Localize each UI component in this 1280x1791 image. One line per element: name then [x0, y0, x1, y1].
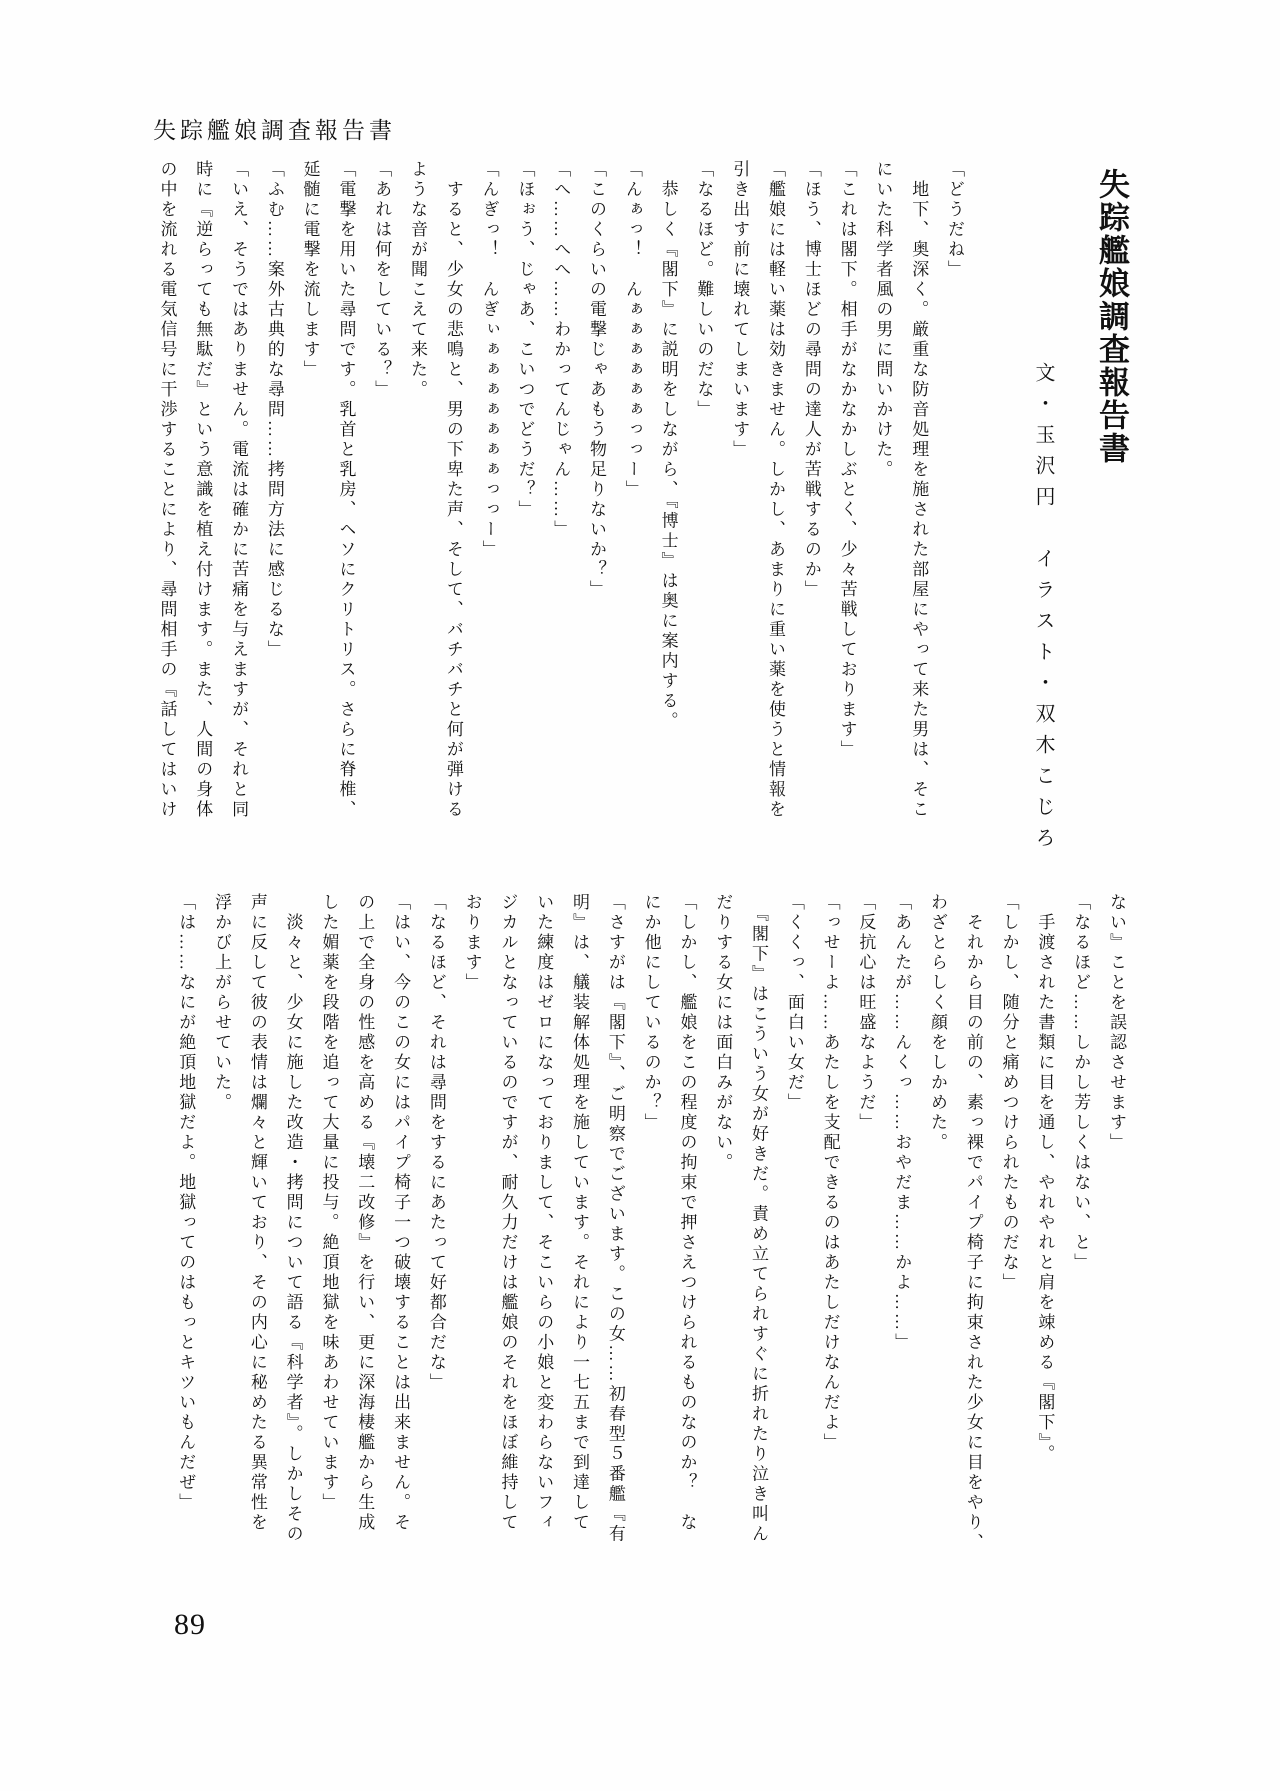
body-text-bottom-block: ない』ことを誤認させます」 「なるほど……しかし芳しくはない、と」 手渡された書…: [166, 893, 1134, 1593]
running-header: 失踪艦娘調査報告書: [153, 112, 396, 145]
body-text-top-block: 「どうだね」 地下、奥深く。厳重な防音処理を施された部屋にやって来た男は、そこ …: [148, 160, 972, 860]
article-title: 失踪艦娘調査報告書: [1086, 168, 1134, 488]
article-byline: 文・玉沢円 イラスト・双木こじろ: [1018, 362, 1058, 892]
page-number: 89: [174, 1608, 206, 1642]
document-page: 失踪艦娘調査報告書 失踪艦娘調査報告書 文・玉沢円 イラスト・双木こじろ 「どう…: [0, 0, 1280, 1791]
